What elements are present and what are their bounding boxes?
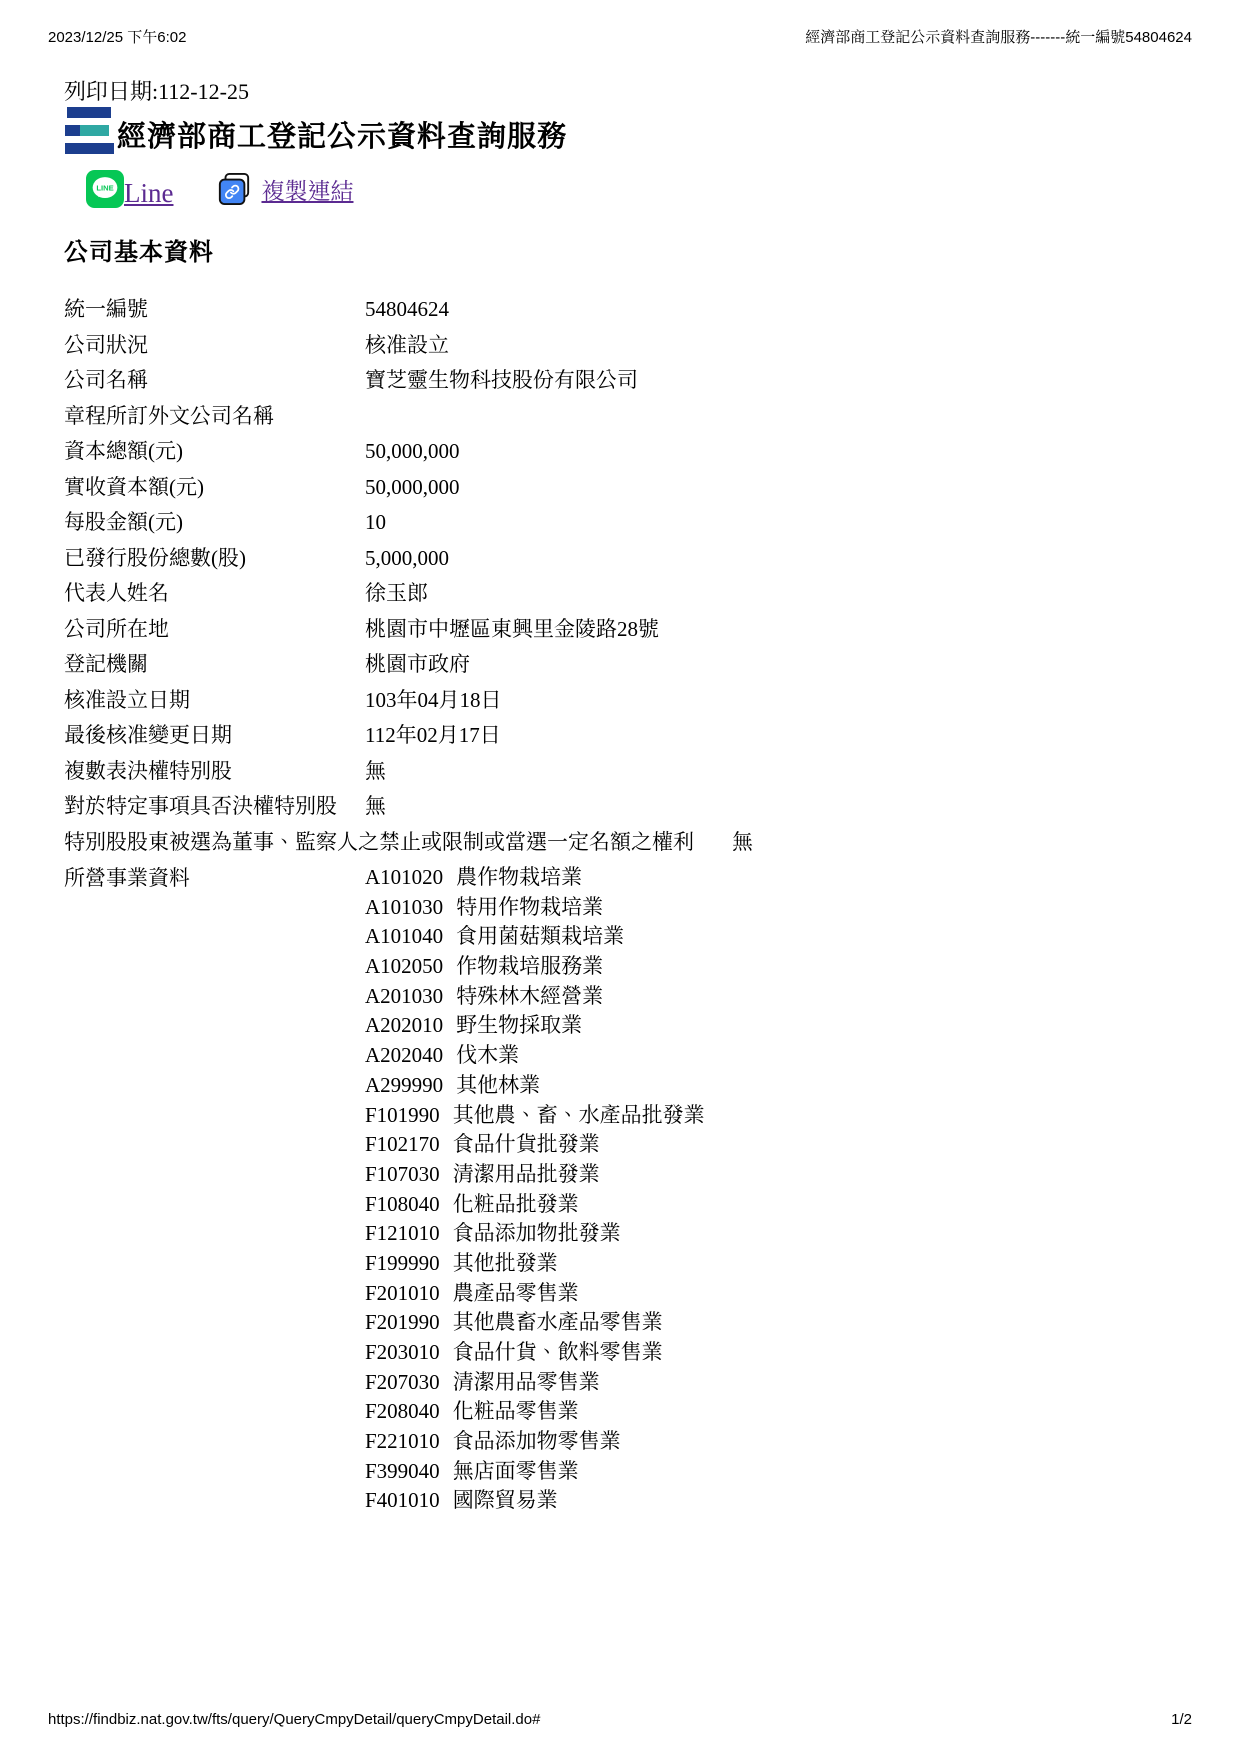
moea-logo-icon — [64, 107, 114, 154]
business-item-name: 其他農畜水產品零售業 — [453, 1306, 663, 1336]
business-item: A101040 食用菌菇類栽培業 — [365, 920, 1192, 950]
business-item-code: F203010 — [365, 1340, 440, 1365]
field-label: 對於特定事項具否決權特別股 — [64, 790, 365, 820]
browser-print-header: 2023/12/25 下午6:02 經濟部商工登記公示資料查詢服務-------… — [0, 0, 1240, 47]
business-item-name: 化粧品批發業 — [453, 1188, 579, 1218]
field-label: 章程所訂外文公司名稱 — [64, 400, 365, 430]
field-row: 核准設立日期 103年04月18日 — [64, 684, 1192, 720]
field-value: 無 — [365, 790, 1192, 820]
field-row: 統一編號 54804624 — [64, 293, 1192, 329]
business-section-label: 所營事業資料 — [64, 861, 365, 897]
line-share-label: Line — [124, 178, 173, 208]
business-item: F221010 食品添加物零售業 — [365, 1425, 1192, 1455]
print-header-title: 經濟部商工登記公示資料查詢服務-------統一編號54804624 — [805, 26, 1192, 47]
business-item-code: F108040 — [365, 1192, 440, 1217]
business-item-name: 野生物採取業 — [456, 1009, 582, 1039]
field-label: 核准設立日期 — [64, 684, 365, 714]
field-label: 實收資本額(元) — [64, 471, 365, 501]
business-item-code: F121010 — [365, 1221, 440, 1246]
field-row: 登記機關 桃園市政府 — [64, 648, 1192, 684]
business-section: 所營事業資料 A101020 農作物栽培業 A101030 特用作物栽培業 A1… — [64, 861, 1192, 1514]
business-item-code: F399040 — [365, 1459, 440, 1484]
copy-link-button[interactable]: 複製連結 — [217, 172, 353, 206]
field-row: 特別股股東被選為董事、監察人之禁止或限制或當選一定名額之權利 無 — [64, 826, 1192, 862]
copy-link-icon — [217, 172, 251, 206]
print-header-datetime: 2023/12/25 下午6:02 — [48, 26, 186, 47]
print-footer-url: https://findbiz.nat.gov.tw/fts/query/Que… — [48, 1711, 540, 1728]
business-item-name: 化粧品零售業 — [453, 1395, 579, 1425]
business-items: A101020 農作物栽培業 A101030 特用作物栽培業 A101040 食… — [365, 861, 1192, 1514]
business-item: A101020 農作物栽培業 — [365, 861, 1192, 891]
business-item-code: A101040 — [365, 924, 443, 949]
business-item-code: A202040 — [365, 1043, 443, 1068]
business-item: F199990 其他批發業 — [365, 1247, 1192, 1277]
field-label: 統一編號 — [64, 293, 365, 323]
field-row: 公司狀況 核准設立 — [64, 329, 1192, 365]
business-item-name: 無店面零售業 — [453, 1455, 579, 1485]
business-item: A202040 伐木業 — [365, 1039, 1192, 1069]
business-item: F401010 國際貿易業 — [365, 1484, 1192, 1514]
field-row: 最後核准變更日期 112年02月17日 — [64, 719, 1192, 755]
business-item: A101030 特用作物栽培業 — [365, 891, 1192, 921]
document-body: 列印日期:112-12-25 經濟部商工登記公示資料查詢服務 LINE — [0, 79, 1240, 1514]
svg-text:LINE: LINE — [96, 183, 113, 192]
business-item-name: 其他批發業 — [453, 1247, 558, 1277]
business-item-code: A101030 — [365, 895, 443, 920]
copy-link-label: 複製連結 — [261, 173, 353, 206]
business-item-code: A102050 — [365, 954, 443, 979]
business-item: F203010 食品什貨、飲料零售業 — [365, 1336, 1192, 1366]
field-row: 章程所訂外文公司名稱 — [64, 400, 1192, 436]
business-item-name: 清潔用品零售業 — [453, 1366, 600, 1396]
field-value: 桃園市中壢區東興里金陵路28號 — [365, 613, 1192, 643]
field-value: 54804624 — [365, 297, 1192, 322]
business-item-code: A299990 — [365, 1073, 443, 1098]
business-item: A102050 作物栽培服務業 — [365, 950, 1192, 980]
company-table: 統一編號 54804624 公司狀況 核准設立 公司名稱 寶芝靈生物科技股份有限… — [64, 293, 1192, 861]
field-label: 代表人姓名 — [64, 577, 365, 607]
field-label: 最後核准變更日期 — [64, 719, 365, 749]
business-item-code: A202010 — [365, 1013, 443, 1038]
business-item: A201030 特殊林木經營業 — [365, 980, 1192, 1010]
business-item-name: 伐木業 — [456, 1039, 519, 1069]
field-row: 公司所在地 桃園市中壢區東興里金陵路28號 — [64, 613, 1192, 649]
business-item-name: 其他林業 — [456, 1069, 540, 1099]
field-row: 公司名稱 寶芝靈生物科技股份有限公司 — [64, 364, 1192, 400]
field-label: 資本總額(元) — [64, 435, 365, 465]
business-item: A299990 其他林業 — [365, 1069, 1192, 1099]
business-item: F107030 清潔用品批發業 — [365, 1158, 1192, 1188]
business-item-name: 特殊林木經營業 — [456, 980, 603, 1010]
business-item-code: F221010 — [365, 1429, 440, 1454]
business-item-name: 其他農、畜、水產品批發業 — [453, 1099, 705, 1129]
section-title-company-basic-info: 公司基本資料 — [64, 232, 1192, 267]
field-value: 112年02月17日 — [365, 719, 1192, 749]
field-row: 已發行股份總數(股) 5,000,000 — [64, 542, 1192, 578]
business-item: F102170 食品什貨批發業 — [365, 1128, 1192, 1158]
business-item-code: F401010 — [365, 1488, 440, 1513]
masthead: 經濟部商工登記公示資料查詢服務 — [64, 107, 1192, 154]
field-label: 特別股股東被選為董事、監察人之禁止或限制或當選一定名額之權利 — [64, 826, 694, 856]
business-item-code: F201990 — [365, 1310, 440, 1335]
business-item-code: F102170 — [365, 1132, 440, 1157]
business-item-name: 食品添加物零售業 — [453, 1425, 621, 1455]
business-item: F201990 其他農畜水產品零售業 — [365, 1306, 1192, 1336]
business-item-code: F199990 — [365, 1251, 440, 1276]
browser-print-footer: https://findbiz.nat.gov.tw/fts/query/Que… — [48, 1711, 1192, 1728]
field-row: 每股金額(元) 10 — [64, 506, 1192, 542]
field-label: 公司所在地 — [64, 613, 365, 643]
line-app-icon: LINE — [86, 170, 124, 208]
field-row: 複數表決權特別股 無 — [64, 755, 1192, 791]
field-row: 實收資本額(元) 50,000,000 — [64, 471, 1192, 507]
field-row: 資本總額(元) 50,000,000 — [64, 435, 1192, 471]
business-item: F207030 清潔用品零售業 — [365, 1366, 1192, 1396]
business-item-code: F101990 — [365, 1103, 440, 1128]
business-item-name: 食品添加物批發業 — [453, 1217, 621, 1247]
business-item-code: A101020 — [365, 865, 443, 890]
business-item-code: A201030 — [365, 984, 443, 1009]
field-label: 每股金額(元) — [64, 506, 365, 536]
business-item-name: 農作物栽培業 — [456, 861, 582, 891]
field-value: 50,000,000 — [365, 475, 1192, 500]
field-label: 登記機關 — [64, 648, 365, 678]
business-item: A202010 野生物採取業 — [365, 1009, 1192, 1039]
business-item: F101990 其他農、畜、水產品批發業 — [365, 1099, 1192, 1129]
share-row: LINE Line 複製連結 — [86, 170, 1192, 208]
field-value: 5,000,000 — [365, 546, 1192, 571]
business-item-name: 食品什貨、飲料零售業 — [453, 1336, 663, 1366]
business-item-name: 食用菌菇類栽培業 — [456, 920, 624, 950]
field-label: 已發行股份總數(股) — [64, 542, 365, 572]
field-value: 10 — [365, 510, 1192, 535]
business-item: F399040 無店面零售業 — [365, 1455, 1192, 1485]
business-item-code: F208040 — [365, 1399, 440, 1424]
field-value: 徐玉郎 — [365, 577, 1192, 607]
field-label: 複數表決權特別股 — [64, 755, 365, 785]
field-value: 寶芝靈生物科技股份有限公司 — [365, 364, 1192, 394]
printed-page: 2023/12/25 下午6:02 經濟部商工登記公示資料查詢服務-------… — [0, 0, 1240, 1754]
business-item: F108040 化粧品批發業 — [365, 1188, 1192, 1218]
line-share-button[interactable]: LINE Line — [86, 170, 173, 208]
business-item-name: 作物栽培服務業 — [456, 950, 603, 980]
field-value: 103年04月18日 — [365, 684, 1192, 714]
field-label: 公司狀況 — [64, 329, 365, 359]
field-value: 50,000,000 — [365, 439, 1192, 464]
business-item-name: 特用作物栽培業 — [456, 891, 603, 921]
field-row: 代表人姓名 徐玉郎 — [64, 577, 1192, 613]
business-item: F201010 農產品零售業 — [365, 1277, 1192, 1307]
field-value: 核准設立 — [365, 329, 1192, 359]
business-item: F121010 食品添加物批發業 — [365, 1217, 1192, 1247]
business-item-code: F207030 — [365, 1370, 440, 1395]
field-value: 無 — [365, 755, 1192, 785]
field-value: 無 — [732, 826, 753, 856]
field-value: 桃園市政府 — [365, 648, 1192, 678]
business-item-name: 國際貿易業 — [453, 1484, 558, 1514]
business-item: F208040 化粧品零售業 — [365, 1395, 1192, 1425]
field-row: 對於特定事項具否決權特別股 無 — [64, 790, 1192, 826]
print-date: 列印日期:112-12-25 — [64, 79, 1192, 105]
business-item-name: 清潔用品批發業 — [453, 1158, 600, 1188]
page-title: 經濟部商工登記公示資料查詢服務 — [117, 120, 567, 154]
business-item-name: 農產品零售業 — [453, 1277, 579, 1307]
print-footer-page-number: 1/2 — [1171, 1711, 1192, 1728]
business-item-name: 食品什貨批發業 — [453, 1128, 600, 1158]
field-label: 公司名稱 — [64, 364, 365, 394]
business-item-code: F107030 — [365, 1162, 440, 1187]
business-item-code: F201010 — [365, 1281, 440, 1306]
